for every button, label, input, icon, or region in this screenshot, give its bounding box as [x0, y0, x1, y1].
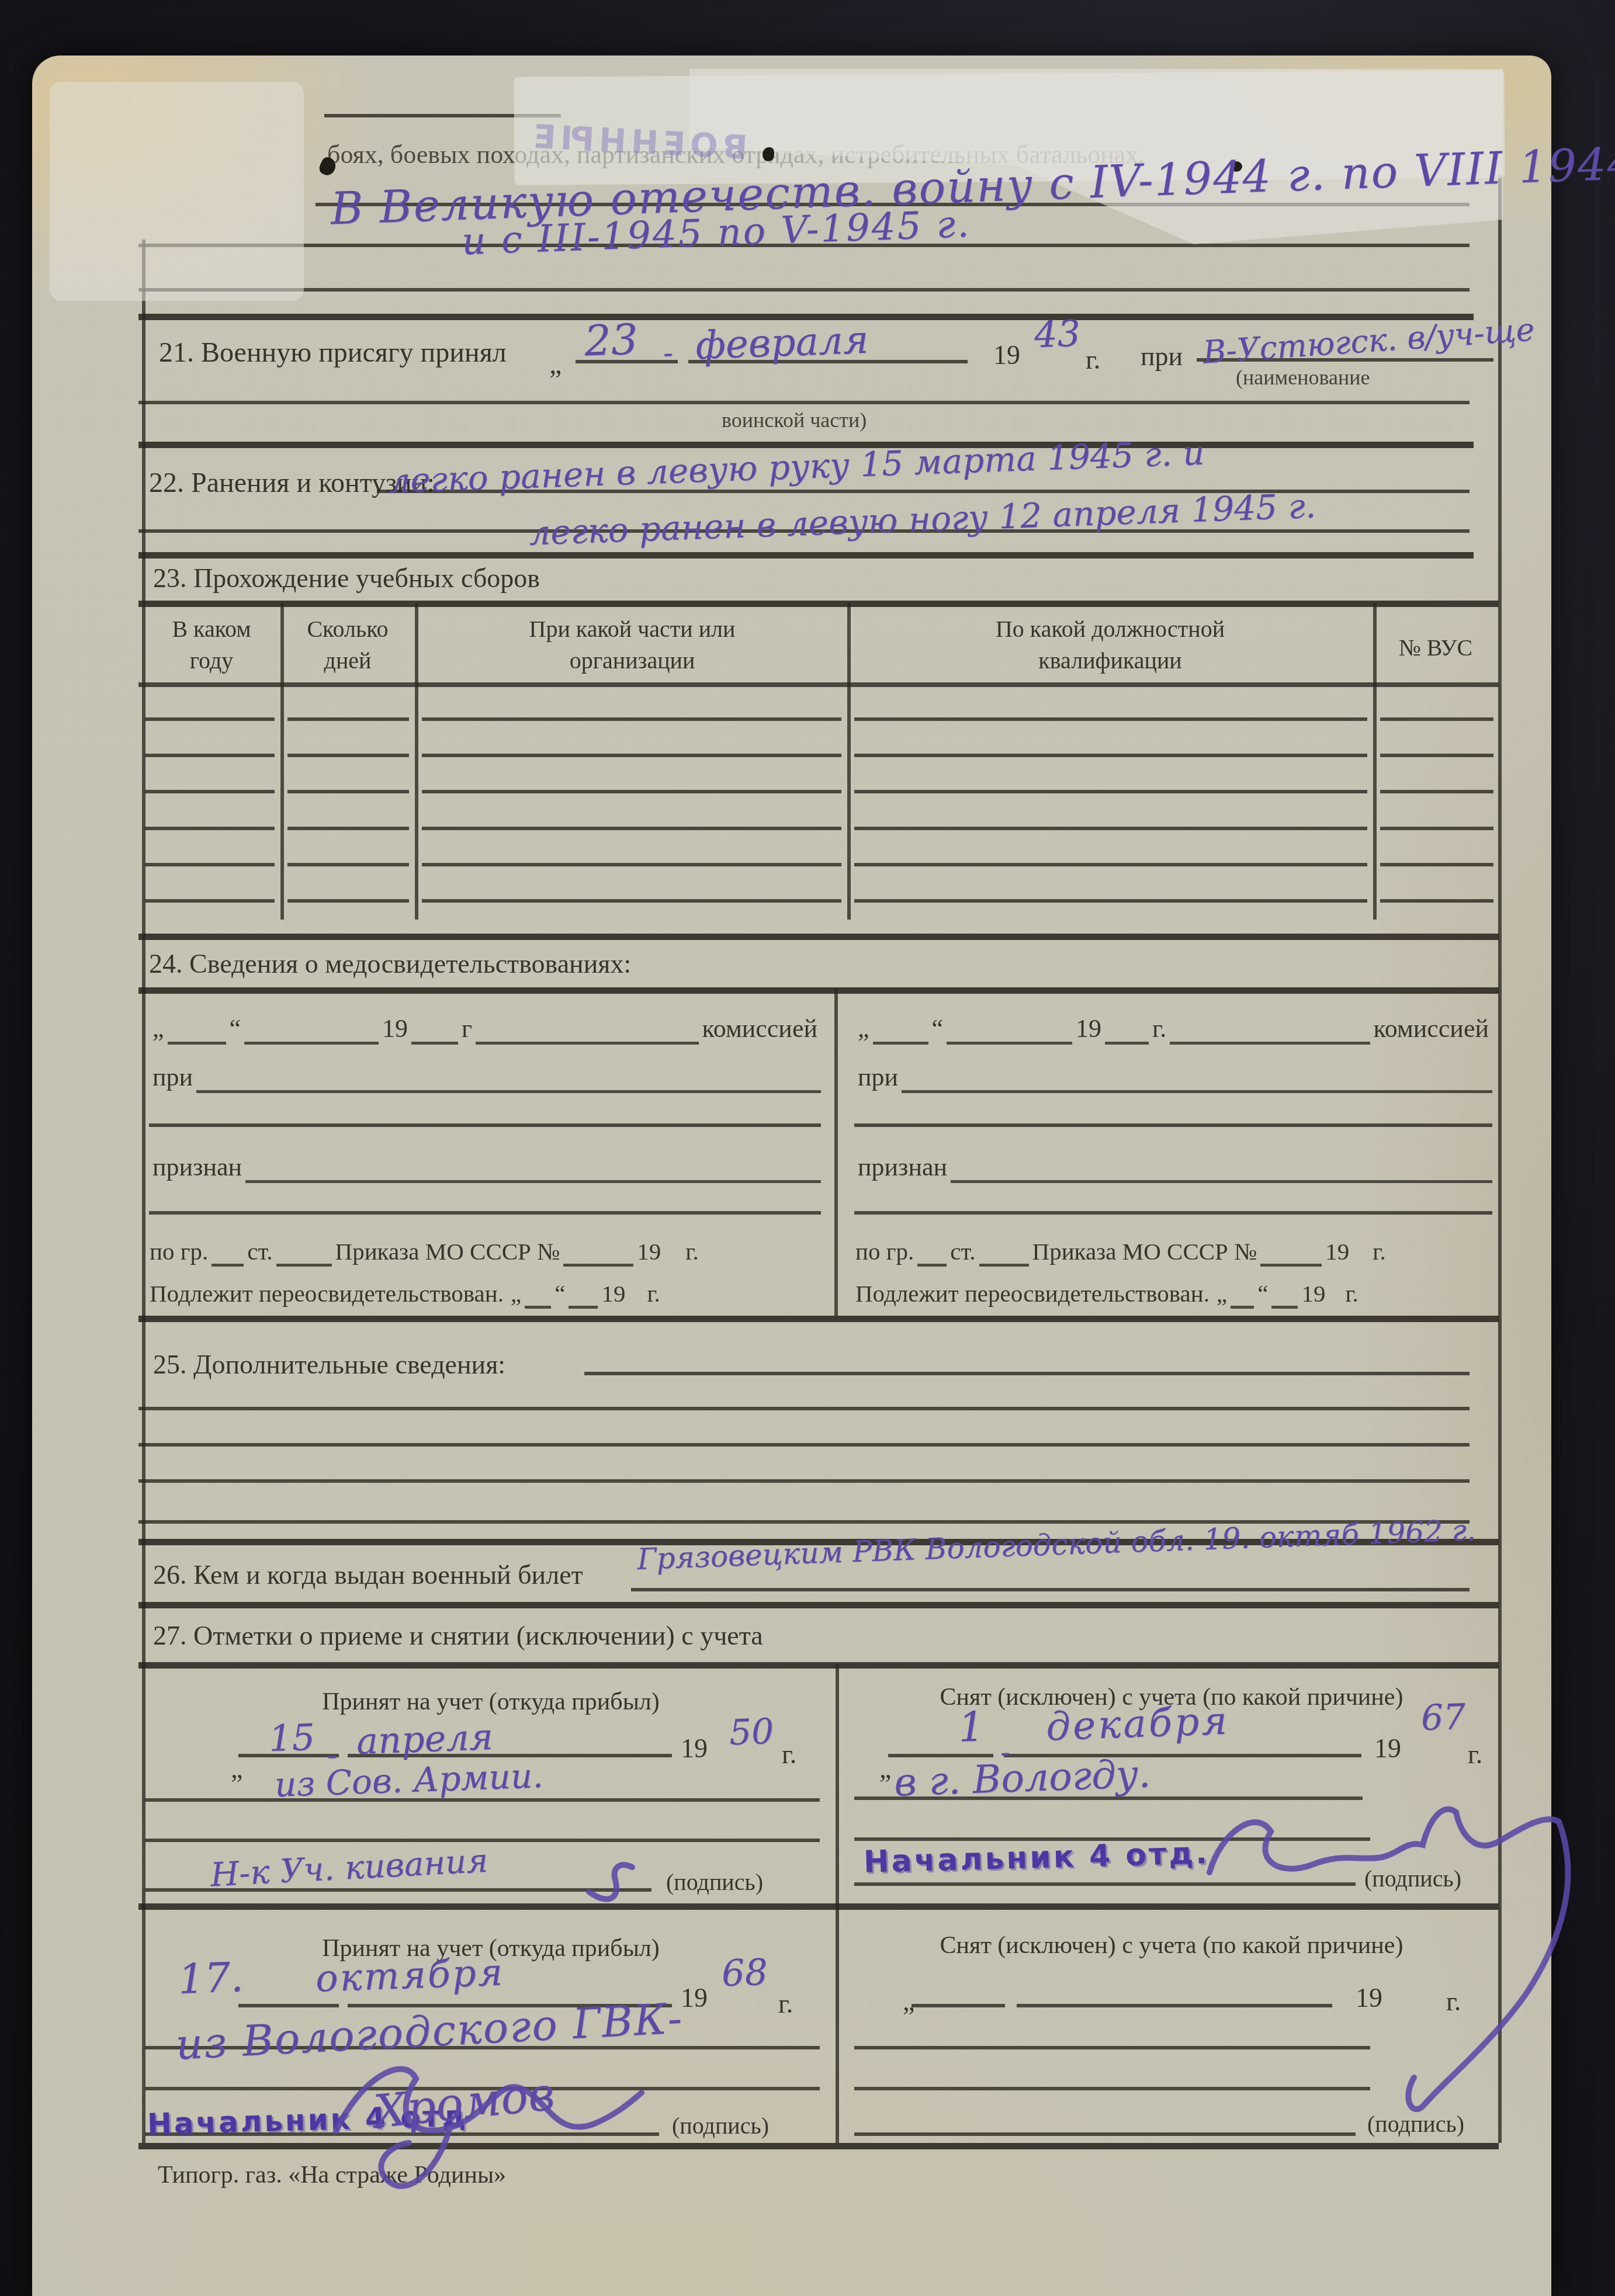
section-divider: [138, 552, 1474, 559]
hw-r2l-year: 68: [721, 1951, 768, 1995]
item27-label: 27. Отметки о приеме и снятии (исключени…: [153, 1619, 763, 1652]
pri: при: [149, 1062, 196, 1093]
podlezhit: Подлежит переосвидетельствован.: [852, 1279, 1213, 1309]
st: ст.: [244, 1237, 276, 1267]
underline: [584, 1372, 1470, 1375]
cell-rule: [854, 717, 1367, 721]
year: 19: [598, 1279, 629, 1309]
med-priznan-line: признан: [149, 1152, 821, 1183]
quote-open: „: [507, 1279, 525, 1309]
underline: [912, 2004, 1005, 2007]
cell-rule: [145, 827, 275, 830]
item21-open-quote: „: [549, 348, 562, 382]
cell-rule: [145, 863, 275, 866]
hw-r1r-from: в г. Вологду.: [893, 1751, 1152, 1805]
item26-label: 26. Кем и когда выдан военный билет: [153, 1559, 583, 1591]
med-pri-line: при: [149, 1062, 821, 1093]
cell-rule: [854, 754, 1367, 757]
cell-rule: [422, 863, 841, 866]
st: ст.: [947, 1237, 979, 1267]
item27-accept-header: Принят на учет (откуда прибыл): [175, 1687, 806, 1717]
cell-rule: [145, 717, 275, 721]
cell-rule: [145, 899, 275, 903]
item21-label: 21. Военную присягу принял: [159, 336, 507, 370]
year: 19: [379, 1014, 411, 1045]
item23-col2-header: Сколько дней: [283, 613, 412, 677]
item21-caption-naimenovanie: (наименование: [1236, 365, 1370, 391]
g2: г.: [1369, 1237, 1389, 1267]
form-right-border: [1498, 175, 1502, 2143]
cell-rule: [422, 717, 841, 721]
underline: [238, 2004, 339, 2007]
year-prefix: 19: [1374, 1732, 1401, 1765]
item23-col3-header: При какой части или организации: [421, 613, 844, 677]
rule: [854, 2087, 1370, 2090]
hw-r1r-year: 67: [1420, 1697, 1467, 1739]
g: г: [458, 1014, 476, 1045]
podpis-caption: (подпись): [1367, 2110, 1464, 2139]
quote-open: „: [149, 1014, 168, 1045]
cell-rule: [422, 790, 841, 793]
priznan: признан: [854, 1152, 951, 1183]
quote-open: „: [854, 1014, 873, 1045]
cell-rule: [422, 754, 841, 757]
quote-close: “: [226, 1014, 245, 1045]
quote: „: [879, 1753, 891, 1785]
rule: [138, 1479, 1470, 1483]
cell-rule: [1380, 790, 1493, 793]
g2: г.: [682, 1237, 702, 1267]
header-underline: [138, 682, 1499, 687]
podpis-caption: (подпись): [672, 2112, 769, 2141]
row-divider: [138, 1903, 1499, 1910]
cell-rule: [1380, 899, 1493, 903]
med-prikaz-line: по гр. ст. Приказа МО СССР № 19 г.: [852, 1237, 1495, 1267]
item23-col1-header: В каком году: [145, 613, 278, 677]
cell-rule: [287, 717, 409, 721]
table-bottom-border: [138, 934, 1499, 940]
g3: г.: [643, 1279, 663, 1309]
med-column-divider: [834, 989, 838, 1316]
podpis-line: [854, 2132, 1356, 2136]
podpis-caption: (подпись): [1364, 1865, 1461, 1893]
hw-r1r-month: декабря: [1045, 1698, 1230, 1750]
scanned-military-ticket-page: { "colors":{ "backdrop":"#16161c","paper…: [0, 0, 1615, 2296]
underline: [1017, 2004, 1332, 2007]
quote-open: „: [1213, 1279, 1231, 1309]
col-divider: [415, 603, 418, 920]
rule: [138, 401, 1470, 404]
rule: [854, 2046, 1370, 2049]
cell-rule: [287, 754, 409, 757]
rule: [854, 1211, 1492, 1215]
table-top-border: [138, 1662, 1499, 1669]
item23-col5-header: № ВУС: [1374, 634, 1497, 663]
podlezhit: Подлежит переосвидетельствован.: [146, 1279, 507, 1309]
section-divider: [138, 987, 1499, 994]
rule: [138, 1443, 1470, 1447]
cell-rule: [1380, 754, 1493, 757]
cell-rule: [854, 899, 1367, 903]
cell-rule: [287, 790, 409, 793]
hw-r1l-year: 50: [729, 1711, 775, 1754]
item27-remove-header: Снят (исключен) с учета (по какой причин…: [853, 1931, 1490, 1961]
cell-rule: [422, 827, 841, 830]
quote-close: “: [928, 1014, 947, 1045]
po-gr: по гр.: [852, 1237, 917, 1267]
komissiey: комиссией: [1370, 1014, 1492, 1045]
cell-rule: [854, 827, 1367, 830]
item25-label: 25. Дополнительные сведения:: [153, 1348, 505, 1381]
ink-blot: [763, 147, 774, 161]
prikaz: Приказа МО СССР №: [1029, 1237, 1261, 1267]
year: 19: [1072, 1014, 1105, 1045]
cell-rule: [287, 827, 409, 830]
rule: [145, 1798, 820, 1802]
hw-r2l-day: 17.: [178, 1953, 244, 2003]
rule: [149, 1123, 821, 1127]
cell-rule: [287, 899, 409, 903]
hw-r1l-day: 15: [268, 1716, 316, 1760]
item24-label: 24. Сведения о медосвидетельствованиях:: [149, 948, 631, 980]
underline: [631, 1588, 1470, 1591]
pri: при: [854, 1062, 902, 1093]
form-left-border: [142, 240, 145, 2143]
med-pri-line: при: [854, 1062, 1492, 1093]
year2: 19: [633, 1237, 664, 1267]
cell-rule: [145, 790, 275, 793]
po-gr: по гр.: [146, 1237, 212, 1267]
table-top-border: [138, 601, 1499, 607]
year-prefix: 19: [681, 1982, 708, 2014]
podpis-line: [854, 1882, 1356, 1886]
priznan: признан: [149, 1152, 245, 1183]
komissiey: комиссией: [699, 1014, 821, 1045]
cell-rule: [854, 863, 1367, 866]
quote-close: “: [1254, 1279, 1271, 1309]
g: г.: [782, 1738, 796, 1771]
hw-r2l-month: октября: [315, 1951, 505, 2000]
hw-r1l-month: апреля: [356, 1715, 494, 1763]
prikaz: Приказа МО СССР №: [332, 1237, 564, 1267]
g: г.: [1446, 1985, 1461, 2018]
hw-oath-year: 43: [1034, 312, 1081, 356]
g2: г.: [1149, 1014, 1170, 1045]
item23-label: 23. Прохождение учебных сборов: [153, 562, 540, 595]
year-prefix: 19: [1356, 1982, 1382, 2014]
cell-rule: [1380, 717, 1493, 721]
rule: [138, 288, 1470, 292]
med-priznan-line: признан: [854, 1152, 1492, 1183]
item21-year-suffix: г.: [1086, 344, 1100, 376]
g3: г.: [1342, 1279, 1361, 1309]
year-prefix: 19: [681, 1732, 708, 1765]
printer-imprint: Типогр. газ. «На страже Родины»: [158, 2160, 506, 2190]
hw-r1r-day: 1: [958, 1702, 985, 1752]
section-divider: [138, 1602, 1499, 1608]
hw-oath-month: февраля: [695, 317, 869, 368]
med-prikaz-line: по гр. ст. Приказа МО СССР № 19 г.: [146, 1237, 824, 1267]
rule: [138, 1407, 1470, 1410]
hw-oath-day: 23: [584, 314, 639, 365]
item21-year-prefix: 19: [993, 339, 1020, 372]
podpis-caption: (подпись): [666, 1868, 763, 1897]
cell-rule: [1380, 827, 1493, 830]
g: г.: [778, 1988, 793, 2020]
hw-dot: -: [663, 336, 674, 370]
med-date-line: „ “ 19 г. комиссией: [854, 1014, 1492, 1045]
med-podlezhit-line: Подлежит переосвидетельствован. „ “ 19 г…: [146, 1279, 824, 1309]
med-podlezhit-line: Подлежит переосвидетельствован. „ “ 19 г…: [852, 1279, 1495, 1309]
med-date-line: „ “ 19 г комиссией: [149, 1014, 821, 1045]
quote-close: “: [551, 1279, 569, 1309]
cell-rule: [422, 899, 841, 903]
table-bottom-border: [138, 2143, 1499, 2149]
quote: „: [903, 1985, 914, 2018]
rule: [149, 1211, 821, 1215]
cell-rule: [287, 863, 409, 866]
quote: „: [231, 1753, 242, 1785]
rule: [854, 1123, 1492, 1127]
section-divider: [138, 1316, 1499, 1322]
item23-col4-header: По какой должностной квалификации: [850, 613, 1370, 677]
cell-rule: [1380, 863, 1493, 866]
year2: 19: [1322, 1237, 1353, 1267]
cell-rule: [145, 754, 275, 757]
g: г.: [1468, 1738, 1482, 1771]
item21-pri: при: [1141, 340, 1183, 373]
year: 19: [1298, 1279, 1329, 1309]
cell-rule: [854, 790, 1367, 793]
tape-patch-left: [50, 82, 304, 301]
item21-caption-voinskoy-chasti: воинской части): [722, 408, 867, 433]
